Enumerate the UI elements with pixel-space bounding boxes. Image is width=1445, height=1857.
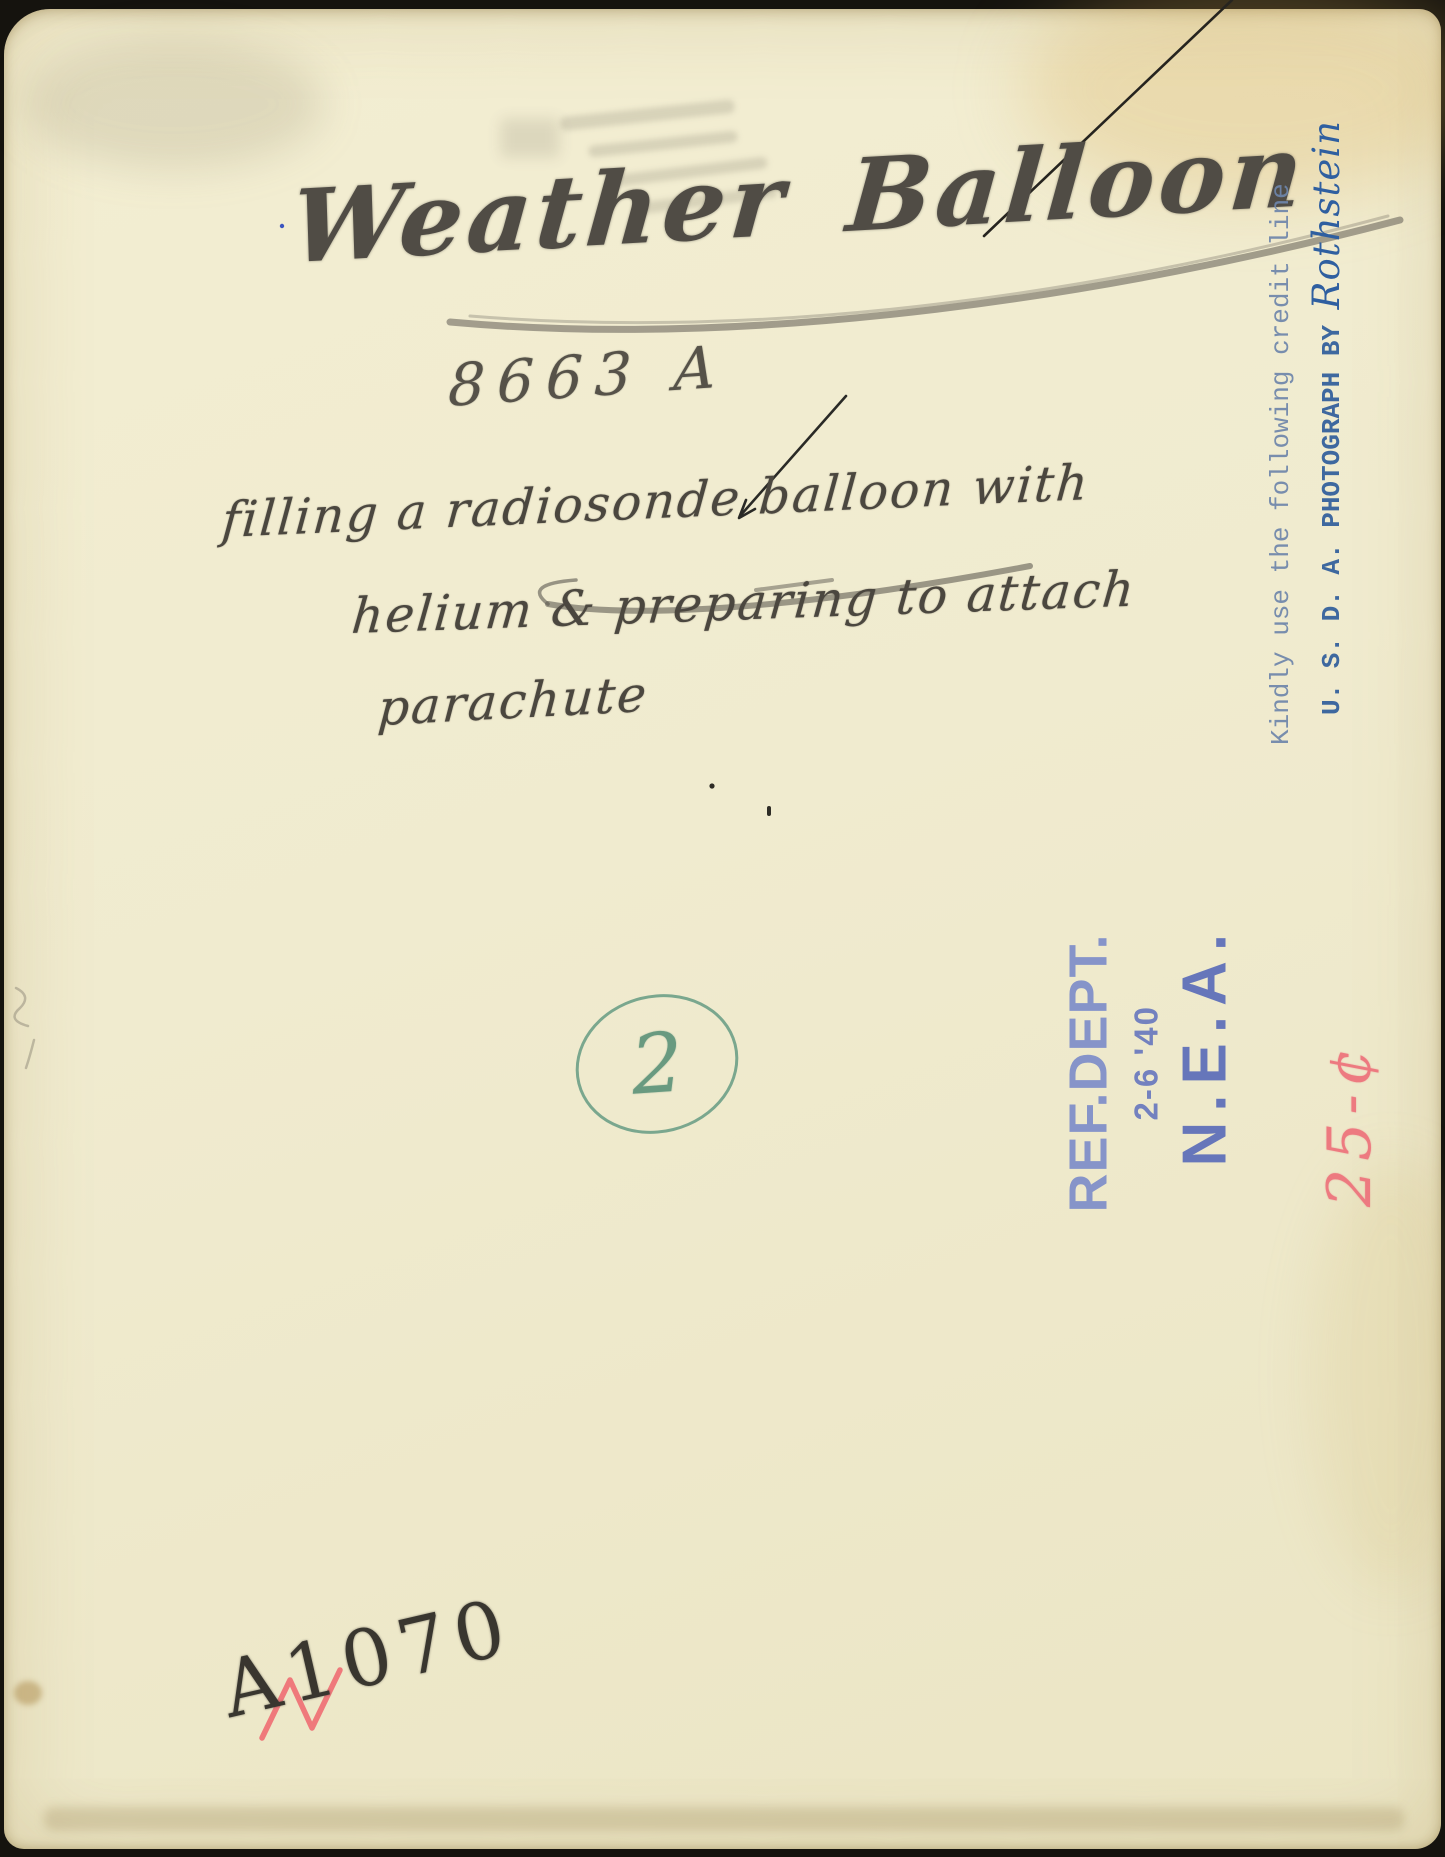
- ink-speck: [709, 783, 714, 788]
- photographer-signature: Rothstein: [1305, 120, 1348, 309]
- credit-stamp-line-1: Kindly use the following credit line: [1266, 145, 1296, 745]
- reference-dept-stamp: REF.DEPT. 2-6 '40 N.E.A.: [1058, 853, 1273, 1213]
- ink-speck: [767, 806, 771, 816]
- ref-stamp-agency: N.E.A.: [1170, 853, 1241, 1213]
- credit-stamp-line-2: U. S. D. A. PHOTOGRAPH BY Rothstein: [1305, 145, 1348, 745]
- ink-speck: [280, 224, 284, 228]
- ref-stamp-date: 2-6 '40: [1128, 853, 1166, 1213]
- edge-scribble: [15, 988, 34, 1068]
- ref-dept-label: REF.DEPT.: [1058, 853, 1120, 1213]
- credit-stamp: Kindly use the following credit line U. …: [1266, 145, 1360, 745]
- credit-stamp-agency-text: U. S. D. A. PHOTOGRAPH BY: [1317, 325, 1347, 715]
- scanned-photo-back: Weather Balloon 8663 A filling a radioso…: [0, 0, 1445, 1857]
- grading-number: 2: [628, 1015, 687, 1113]
- price-marking: 25-¢: [1315, 942, 1400, 1207]
